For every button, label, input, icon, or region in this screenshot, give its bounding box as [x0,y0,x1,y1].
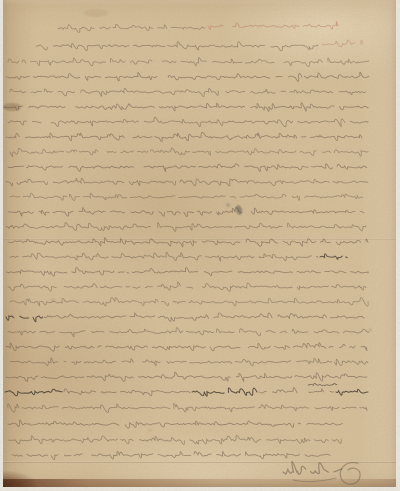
handwriting-lines [4,21,370,459]
stain [3,103,21,111]
stain [84,9,108,17]
signature-underline [293,478,336,482]
handwriting-layer [0,0,400,491]
paraph-flourish-icon [340,463,360,485]
stain [235,204,243,215]
handwriting-stroke [259,388,334,394]
scanned-letter [0,0,400,491]
stain [226,203,230,207]
handwriting-stroke [8,282,366,291]
stain [147,428,153,432]
handwriting-stroke [308,383,337,386]
handwriting-stroke [10,298,368,307]
handwriting-stroke [64,389,190,396]
handwriting-stroke [8,404,367,413]
handwriting-stroke [6,343,367,351]
signature-stroke [283,461,342,474]
stain [51,299,55,302]
handwriting-stroke [6,268,368,276]
handwriting-stroke [6,223,366,232]
handwriting-stroke [322,40,363,46]
handwriting-stroke [8,328,368,337]
handwriting-stroke [192,388,257,396]
handwriting-stroke [6,316,43,322]
handwriting-stroke [8,164,367,172]
handwriting-stroke [208,21,338,29]
handwriting-stroke [6,178,368,186]
handwriting-stroke [4,103,368,112]
handwriting-stroke [6,372,367,381]
handwriting-stroke [10,88,366,96]
handwriting-stroke [10,252,318,261]
handwriting-stroke [6,132,367,141]
handwriting-stroke [8,58,368,67]
handwriting-stroke [44,313,368,322]
stain [318,134,322,138]
signature [283,461,342,481]
handwriting-stroke [6,72,369,81]
handwriting-stroke [8,420,347,428]
handwriting-stroke [36,42,318,51]
handwriting-stroke [10,148,368,157]
handwriting-stroke [5,389,62,396]
stains-group [3,9,372,432]
handwriting-stroke [8,238,368,247]
handwriting-stroke [336,389,368,395]
handwriting-stroke [10,358,368,366]
handwriting-stroke [8,117,368,127]
handwriting-stroke [8,208,370,217]
handwriting-stroke [8,435,341,444]
handwriting-stroke [58,24,205,32]
handwriting-stroke [12,451,330,459]
handwriting-stroke [320,254,347,259]
stain [368,328,372,332]
handwriting-stroke [10,193,366,200]
paraph-stroke [340,463,360,485]
